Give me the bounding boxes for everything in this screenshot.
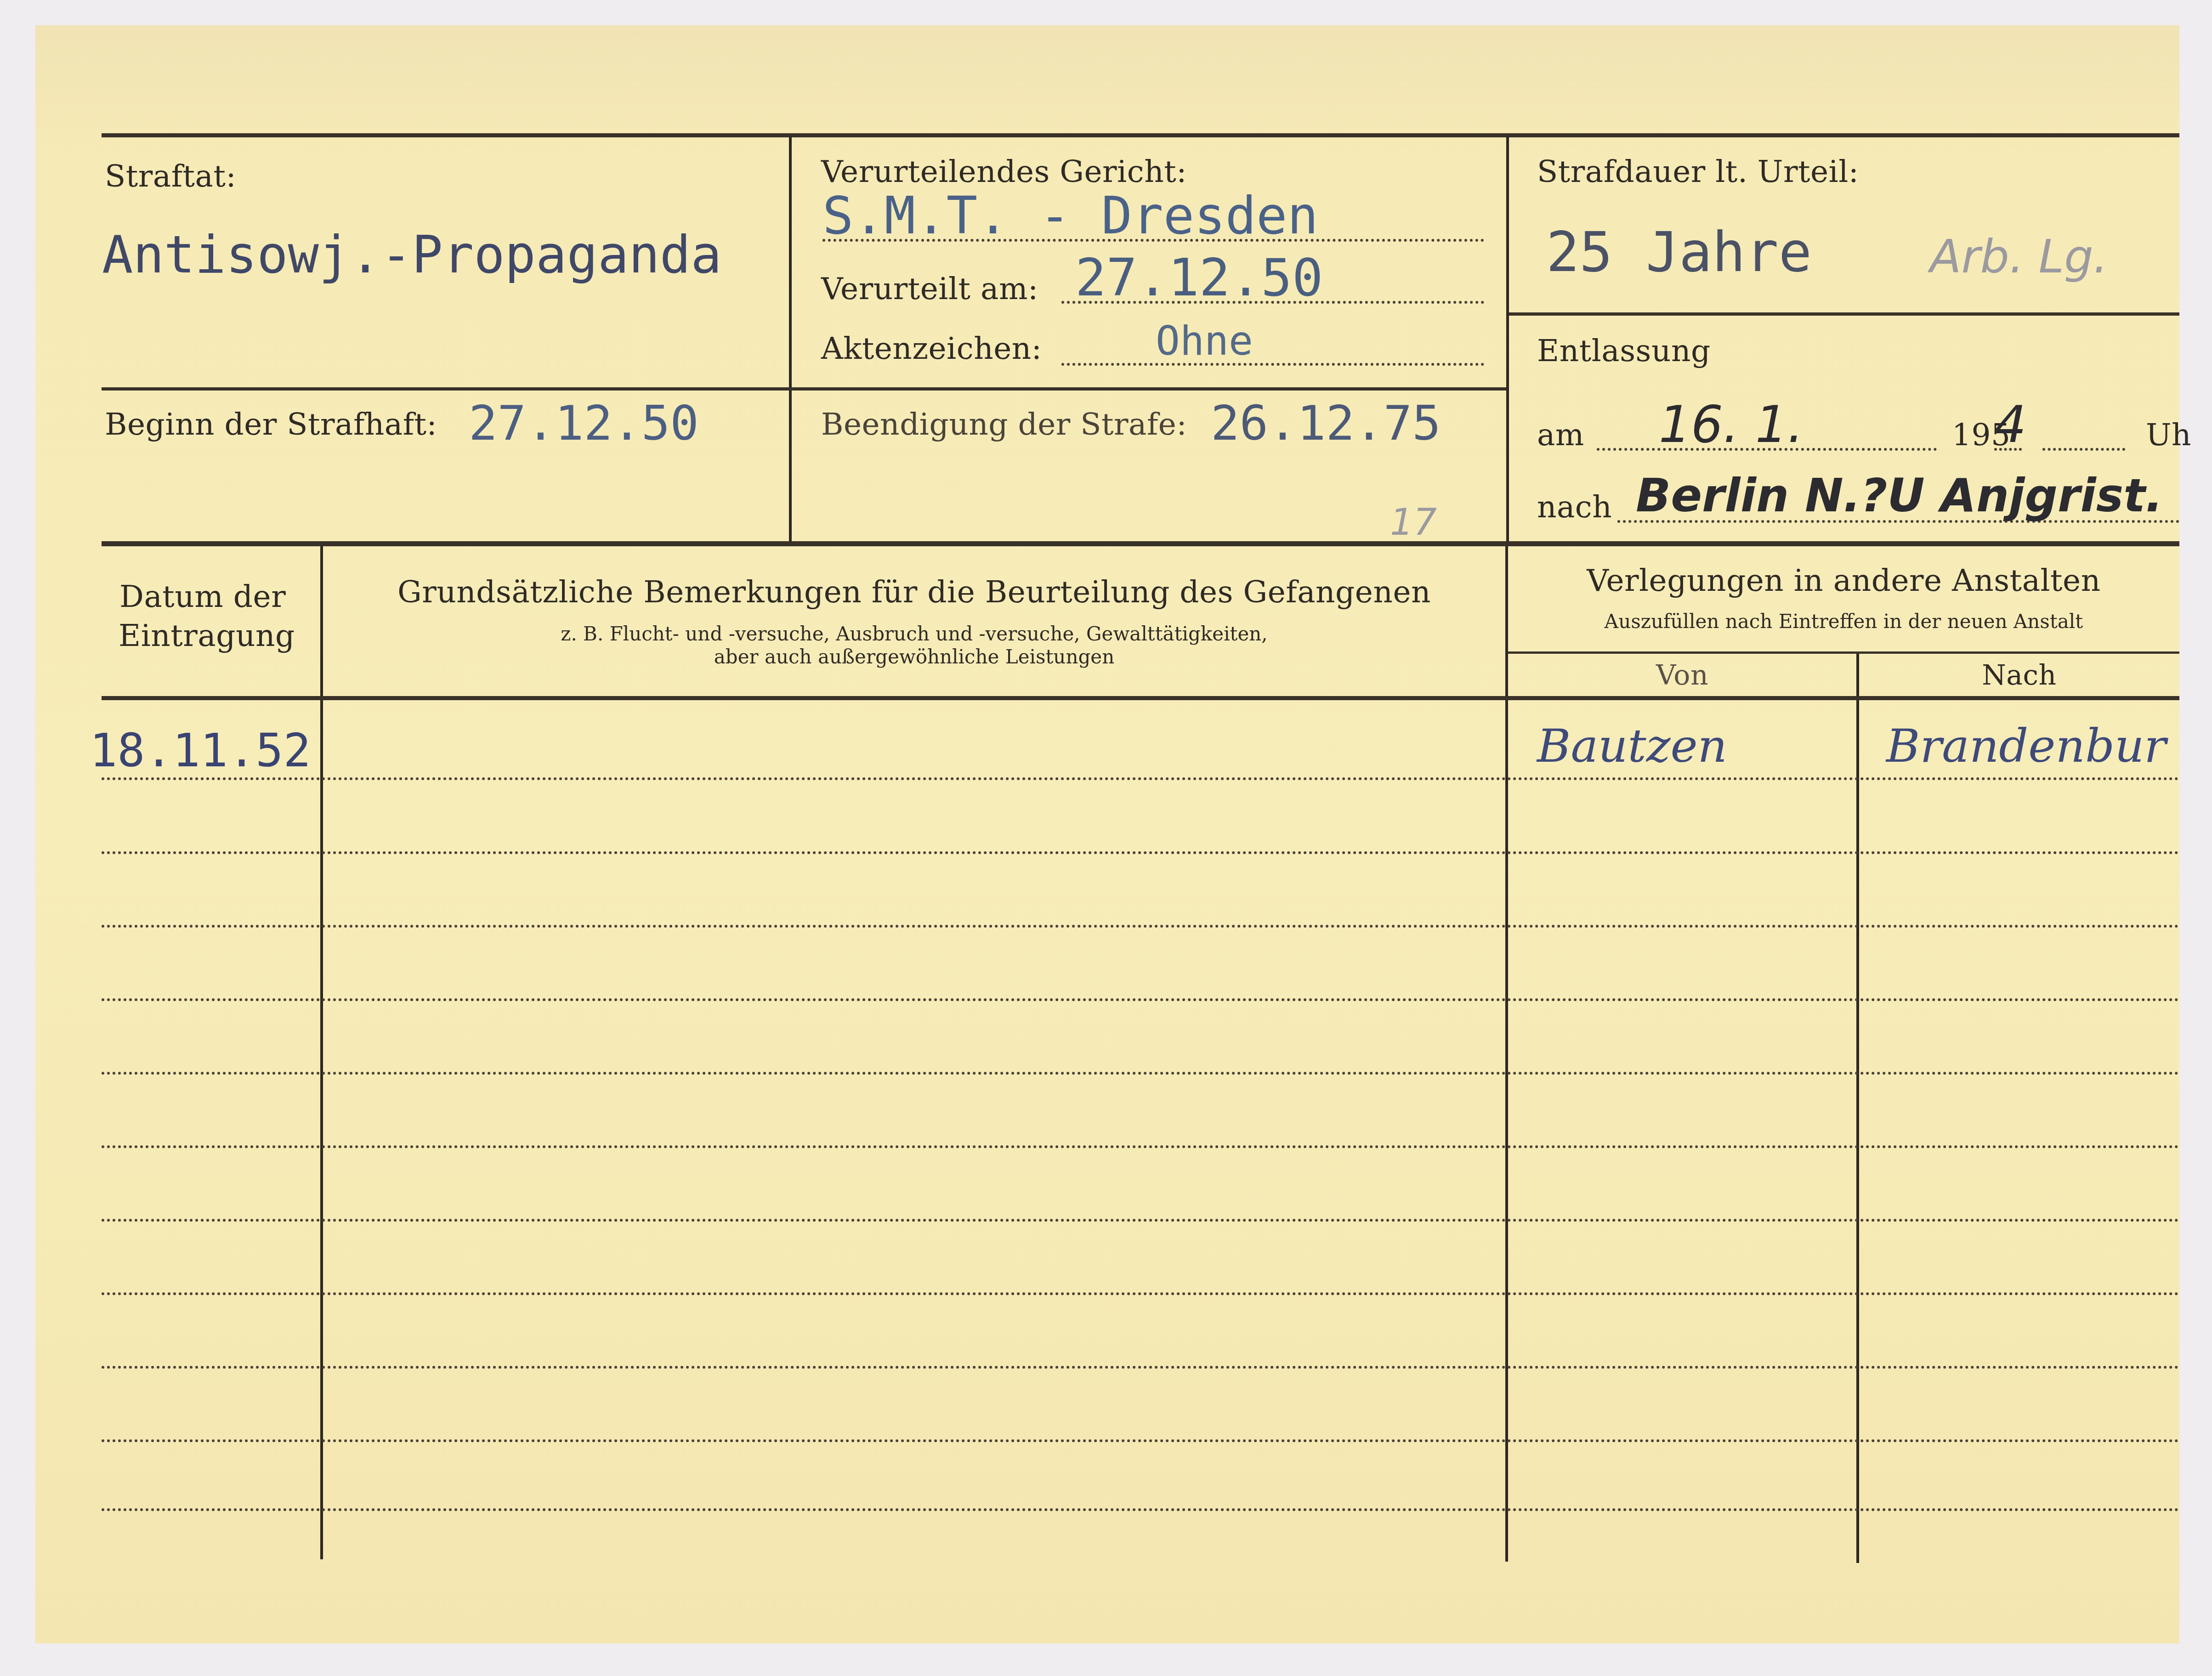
beginn-value: 27.12.50 xyxy=(469,395,699,451)
aktenzeichen-value: Ohne xyxy=(1156,317,1253,364)
verurteilt-value: 27.12.50 xyxy=(1075,248,1323,308)
table-header-rule xyxy=(102,696,2179,700)
col-verlegungen-sub: Auszufüllen nach Eintreffen in der neuen… xyxy=(1508,610,2179,633)
beendigung-label: Beendigung der Strafe: xyxy=(821,407,1187,442)
row-line xyxy=(102,1439,2179,1442)
beendigung-value: 26.12.75 xyxy=(1211,395,1441,451)
verurteilt-dotted-line xyxy=(1061,301,1484,304)
entlassung-uhr-label: Uh xyxy=(2146,417,2191,453)
rule-under-straftat xyxy=(102,387,1506,391)
entlassung-nach-label: nach xyxy=(1537,489,1612,525)
middle-rule xyxy=(102,541,2179,546)
entlassung-nach-value: Berlin N.?U Anjgrist. xyxy=(1636,469,2163,522)
col-von-header: Von xyxy=(1508,659,1856,691)
entlassung-year-value: 4 xyxy=(1994,395,2026,454)
row-line xyxy=(102,925,2179,928)
row-line xyxy=(102,777,2179,780)
col-datum-line1: Datum der xyxy=(119,579,286,614)
entlassung-year-dotted-line xyxy=(1994,448,2022,451)
entlassung-am-label: am xyxy=(1537,417,1584,453)
divider-vertical-2 xyxy=(1506,136,1509,543)
strafdauer-pencil-note: Arb. Lg. xyxy=(1930,230,2108,283)
top-rule xyxy=(102,133,2179,137)
table-divider-von-nach xyxy=(1856,652,1859,1563)
straftat-label: Straftat: xyxy=(105,159,236,194)
strafdauer-value: 25 Jahre xyxy=(1546,221,1812,284)
strafdauer-label: Strafdauer lt. Urteil: xyxy=(1537,154,1859,189)
entlassung-label: Entlassung xyxy=(1537,333,1711,368)
row-1-datum: 18.11.52 xyxy=(90,724,311,777)
rule-under-strafdauer xyxy=(1509,312,2179,316)
verurteilt-label: Verurteilt am: xyxy=(821,271,1038,306)
col-datum-line2: Eintragung xyxy=(119,618,295,653)
entlassung-uhr-dotted-line xyxy=(2042,448,2125,451)
row-1-nach: Brandenbur xyxy=(1886,719,2166,773)
gericht-value: S.M.T. - Dresden xyxy=(822,186,1318,246)
row-line xyxy=(102,1145,2179,1148)
divider-vertical-1 xyxy=(789,136,792,543)
straftat-value: Antisowj.-Propaganda xyxy=(102,225,722,285)
row-line xyxy=(102,1366,2179,1369)
row-line xyxy=(102,851,2179,854)
col-bemerkungen-sub2: aber auch außergewöhnliche Leistungen xyxy=(323,645,1505,668)
gericht-dotted-line xyxy=(822,239,1484,242)
col-nach-header: Nach xyxy=(1859,659,2179,691)
gericht-label: Verurteilendes Gericht: xyxy=(821,154,1187,189)
col-bemerkungen-sub1: z. B. Flucht- und -versuche, Ausbruch un… xyxy=(323,623,1505,645)
row-line xyxy=(102,1072,2179,1075)
aktenzeichen-label: Aktenzeichen: xyxy=(821,331,1042,366)
entlassung-am-value: 16. 1. xyxy=(1659,395,1804,454)
row-line xyxy=(102,1292,2179,1295)
beendigung-pencil-note: 17 xyxy=(1390,501,1437,544)
row-line xyxy=(102,1219,2179,1222)
col-verlegungen-title: Verlegungen in andere Anstalten xyxy=(1508,563,2179,598)
row-1-von: Bautzen xyxy=(1537,719,1727,773)
verlegungen-sub-rule xyxy=(1508,651,2179,654)
aktenzeichen-dotted-line xyxy=(1061,363,1484,366)
row-line xyxy=(102,1508,2179,1511)
beginn-label: Beginn der Strafhaft: xyxy=(105,407,437,442)
row-line xyxy=(102,998,2179,1001)
col-bemerkungen-title: Grundsätzliche Bemerkungen für die Beurt… xyxy=(323,574,1505,610)
